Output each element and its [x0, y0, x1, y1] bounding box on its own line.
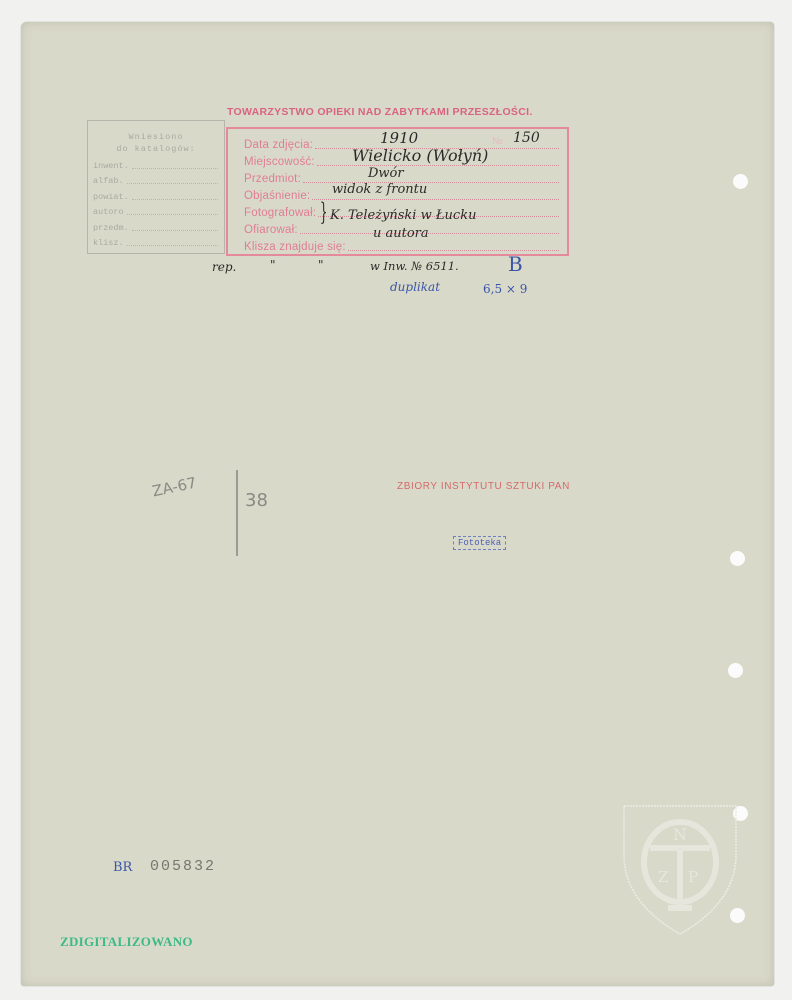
number-label: №	[492, 136, 503, 147]
catalog-stamp: Wniesiono do katalogów: inwent. alfab. p…	[87, 120, 225, 254]
value-place: Wielicko (Wołyń)	[352, 146, 488, 165]
digitized-stamp: ZDIGITALIZOWANO	[60, 934, 193, 950]
catalog-row: klisz.	[88, 233, 224, 249]
value-number: 150	[513, 130, 540, 146]
catalog-row: autoro	[88, 202, 224, 218]
pencil-line	[236, 470, 238, 556]
watermark-shield-icon: N Z P	[620, 800, 740, 940]
catalog-row: inwent.	[88, 155, 224, 171]
br-prefix: BR	[113, 860, 132, 875]
rep-prefix: rep.	[212, 260, 236, 274]
catalog-row: przedm.	[88, 217, 224, 233]
society-stamp-title: TOWARZYSTWO OPIEKI NAD ZABYTKAMI PRZESZŁ…	[227, 106, 572, 118]
value-description: widok z frontu	[332, 182, 427, 197]
svg-text:Z: Z	[658, 868, 668, 886]
ditto-mark: "	[318, 258, 324, 272]
duplicate-note: duplikat	[390, 280, 440, 294]
pencil-number: 38	[245, 490, 268, 511]
punch-hole	[728, 663, 743, 678]
brace: }	[320, 198, 328, 226]
letter-b: B	[508, 252, 523, 276]
value-date: 1910	[380, 129, 418, 147]
catalog-stamp-title: Wniesiono do katalogów:	[88, 131, 224, 155]
br-number: 005832	[150, 858, 216, 875]
value-subject: Dwór	[368, 166, 404, 181]
value-negative-location: u autora	[373, 226, 429, 241]
svg-text:P: P	[688, 868, 698, 886]
format-note: 6,5 × 9	[483, 282, 527, 296]
fototeka-stamp: Fototeka	[453, 536, 506, 550]
punch-hole	[733, 174, 748, 189]
inventory-reference: w Inw. № 6511.	[370, 259, 459, 273]
value-donor: K. Teleżyński w Łucku	[330, 208, 476, 223]
catalog-row: alfab.	[88, 171, 224, 187]
institute-stamp: ZBIORY INSTYTUTU SZTUKI PAN	[397, 481, 570, 492]
svg-text:N: N	[673, 825, 687, 844]
catalog-row: powiat.	[88, 186, 224, 202]
punch-hole	[730, 551, 745, 566]
ditto-mark: "	[270, 258, 276, 272]
